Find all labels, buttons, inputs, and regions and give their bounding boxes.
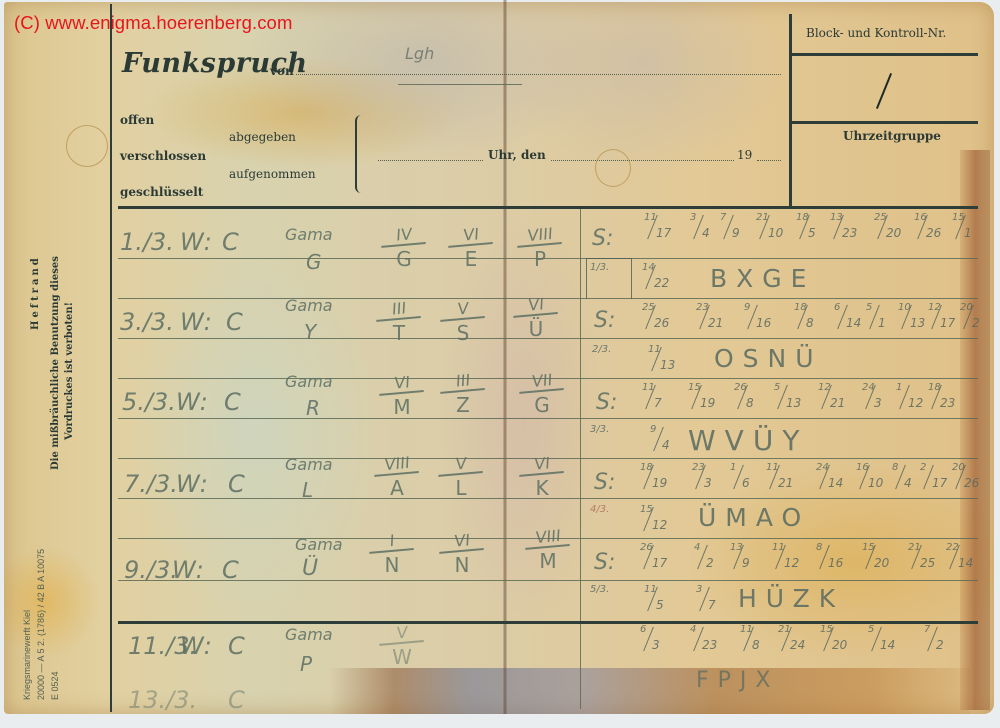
plug-pair: 117 [642, 382, 672, 412]
plug-pair: 185 [796, 212, 826, 242]
indicator-group: OSNÜ [714, 344, 823, 373]
indicator-group: FPJX [696, 668, 779, 693]
indicator-group: ÜMAO [698, 503, 810, 532]
plug-pair: 42 [694, 542, 724, 572]
group-day: 2/3. [592, 344, 622, 374]
key-date: 9./3. [124, 556, 178, 584]
key-ring-label: Gama [285, 296, 333, 315]
plug-pair: 16 [730, 462, 760, 492]
plug-pair: 202 [960, 302, 990, 332]
block-box-divider-2 [792, 121, 978, 124]
plug-pair: 2110 [756, 212, 786, 242]
rotor-setting: IIIT [377, 300, 421, 346]
margin-notice-1: Die mißbräuchliche Benutzung dieses [50, 256, 61, 470]
plugboard-label: S: [594, 550, 615, 575]
rotor-setting: VL [439, 455, 483, 501]
key-ring-label: Gama [295, 535, 343, 554]
key-ring: Ü [302, 556, 318, 581]
plug-pair: 51 [866, 302, 896, 332]
key-date: 3./3. [120, 308, 174, 336]
year-field [757, 160, 781, 161]
copyright-watermark: (C) www.enigma.hoerenberg.com [14, 12, 292, 34]
key-ring-label: Gama [285, 372, 333, 391]
plug-pair: 513 [774, 382, 804, 412]
plug-pair: 916 [744, 302, 774, 332]
plug-pair: 1610 [856, 462, 886, 492]
row-line [118, 580, 978, 581]
water-stain [330, 668, 970, 714]
stamp-ring [66, 125, 108, 167]
rotor-setting: IIIZ [441, 372, 485, 418]
plug-pair: 614 [834, 302, 864, 332]
uhr-den-label: Uhr, den [488, 148, 546, 162]
plug-pair: 423 [690, 624, 720, 654]
plug-pair: 2321 [696, 302, 726, 332]
plug-pair: 268 [734, 382, 764, 412]
plug-pair: 514 [868, 624, 898, 654]
plug-pair: 233 [692, 462, 722, 492]
key-ring-label: Gama [285, 225, 333, 244]
group-day: 4/3. [590, 504, 620, 534]
margin-rule [110, 4, 112, 712]
plugboard-label: S: [594, 470, 615, 495]
plug-pair: 112 [896, 382, 926, 412]
plug-pair: 1823 [928, 382, 958, 412]
key-date: 1./3. [120, 228, 174, 256]
plug-pair: 2125 [908, 542, 938, 572]
key-label: W: [180, 308, 212, 336]
key-reflector: C [224, 388, 241, 416]
key-ring: G [306, 250, 322, 274]
plug-pair: 1520 [862, 542, 892, 572]
plug-pair: 1217 [928, 302, 958, 332]
rotor-setting: VIIIP [518, 226, 562, 272]
date-field [551, 160, 734, 161]
key-date: 7./3. [124, 470, 178, 498]
group-day: 1/3. [590, 262, 620, 292]
plug-pair: 94 [650, 424, 680, 454]
plug-pair: 2414 [816, 462, 846, 492]
document-paper [4, 2, 994, 714]
plugboard-label: S: [594, 308, 615, 333]
indicator-group: HÜZK [738, 584, 844, 613]
rotor-setting: VIK [520, 455, 564, 501]
status-closed: verschlossen [120, 149, 206, 163]
plug-pair: 1121 [766, 462, 796, 492]
plug-pair: 1117 [644, 212, 674, 242]
brace-icon [355, 115, 367, 193]
plug-pair: 243 [862, 382, 892, 412]
key-label: W: [180, 632, 212, 660]
plug-pair: 1323 [830, 212, 860, 242]
rotor-setting: IN [370, 532, 414, 578]
key-reflector: C [222, 228, 239, 256]
plug-pair: 139 [730, 542, 760, 572]
plug-pair: 1112 [772, 542, 802, 572]
rotor-setting: VIN [440, 532, 484, 578]
plug-pair: 115 [644, 584, 674, 614]
key-date: 5./3. [122, 388, 176, 416]
plugboard-label: S: [596, 390, 617, 415]
plug-pair: 72 [924, 624, 954, 654]
action-sent: abgegeben [229, 130, 296, 144]
plug-pair: 79 [720, 212, 750, 242]
margin-heftrand: Heftrand [30, 255, 41, 330]
plug-pair: 34 [690, 212, 720, 242]
key-reflector: C [228, 632, 245, 660]
stamp-ring [595, 149, 631, 187]
plug-pair: 2617 [640, 542, 670, 572]
rotor-setting: IVG [382, 226, 426, 272]
printer-line-3: E 0524 [50, 671, 60, 700]
key-ring-label: Gama [285, 455, 333, 474]
printer-line-2: 20000 — A 5 2. (1786) / 42 B A 10075 [36, 549, 46, 700]
time-group-label: Uhrzeitgruppe [843, 129, 941, 143]
key-ring-label: Gama [285, 625, 333, 644]
indicator-group: BXGE [710, 264, 815, 293]
group-day: 5/3. [590, 584, 620, 614]
plug-pair: 1422 [642, 262, 672, 292]
von-label: von [270, 64, 294, 78]
margin-notice-2: Vordruckes ist verboten! [64, 302, 75, 440]
plug-pair: 1819 [640, 462, 670, 492]
block-box-divider-1 [792, 53, 978, 56]
rotor-setting: VIIIM [526, 528, 570, 574]
plug-pair: 151 [952, 212, 982, 242]
plug-pair: 2520 [874, 212, 904, 242]
key-label: W: [180, 228, 212, 256]
printer-line-1: Kriegsmarinewerft Kiel [22, 610, 32, 700]
plug-pair: 2124 [778, 624, 808, 654]
plug-pair: 2026 [952, 462, 982, 492]
status-open: offen [120, 113, 154, 127]
key-label: W: [176, 388, 208, 416]
key-reflector: C [228, 470, 245, 498]
plug-pair: 1221 [818, 382, 848, 412]
group-day: 3/3. [590, 424, 620, 454]
time-field [378, 160, 483, 161]
key-label: W: [176, 470, 208, 498]
von-field [296, 74, 781, 75]
plug-pair: 37 [696, 584, 726, 614]
column-divider [580, 209, 581, 709]
plug-pair: 816 [816, 542, 846, 572]
key-reflector: C [222, 556, 239, 584]
plug-pair: 1113 [648, 344, 678, 374]
rotor-setting: VIM [380, 374, 424, 420]
year-prefix: 19 [737, 148, 752, 162]
plug-pair: 1520 [820, 624, 850, 654]
signature-underline [398, 84, 522, 85]
plug-pair: 188 [794, 302, 824, 332]
plug-pair: 217 [920, 462, 950, 492]
plug-pair: 2214 [946, 542, 976, 572]
block-control-header: Block- und Kontroll-Nr. [806, 26, 946, 40]
rotor-setting: VIIG [520, 372, 564, 418]
header-divider [118, 206, 978, 209]
indicator-group: WVÜY [688, 424, 808, 457]
rotor-setting: VIÜ [514, 296, 558, 342]
plug-pair: 1013 [898, 302, 928, 332]
key-label: W: [172, 556, 204, 584]
row-line [118, 418, 978, 419]
plug-pair: 118 [740, 624, 770, 654]
key-ring: P [300, 652, 312, 676]
plugboard-label: S: [592, 226, 613, 251]
block-box-rule [789, 14, 792, 207]
key-ring: Y [304, 320, 316, 344]
plug-pair: 1626 [914, 212, 944, 242]
key-reflector: C [228, 686, 245, 714]
rotor-setting: VIE [449, 226, 493, 272]
rotor-setting: VS [441, 300, 485, 346]
key-ring: R [306, 396, 320, 420]
key-reflector: C [226, 308, 243, 336]
rotor-setting: VW [380, 624, 424, 670]
plug-pair: 1512 [640, 504, 670, 534]
status-encrypted: geschlüsselt [120, 185, 203, 199]
action-received: aufgenommen [229, 167, 316, 181]
plug-pair: 1519 [688, 382, 718, 412]
plug-pair: 84 [892, 462, 922, 492]
plug-pair: 63 [640, 624, 670, 654]
plug-pair: 2526 [642, 302, 672, 332]
rotor-setting: VIIIA [375, 455, 419, 501]
key-date: 13./3. [128, 686, 197, 714]
key-ring: L [302, 478, 313, 502]
paper-fold [503, 0, 507, 714]
von-signature: Lgh [405, 44, 434, 63]
